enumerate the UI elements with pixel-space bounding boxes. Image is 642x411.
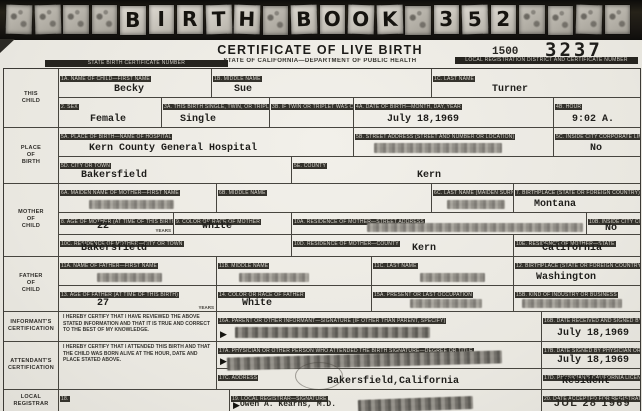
field-12: 12. BIRTHPLACE (STATE OR FOREIGN COUNTRY…: [513, 256, 640, 285]
stamp-tile: 2: [491, 5, 517, 34]
field-4b-value: 9:02 A.: [554, 114, 614, 125]
stamp-tile: O: [348, 5, 374, 35]
field-16a-label: 16A. PARENT OR OTHER INFORMANT—SIGNATURE…: [218, 318, 446, 324]
field-1c-value: Turner: [432, 84, 528, 95]
field-4b-label: 4B. HOUR: [555, 104, 582, 110]
field-11b-redacted: [239, 273, 309, 282]
field-11a: 11A. NAME OF FATHER—FIRST NAME: [58, 256, 216, 285]
field-17a: 17A. PHYSICIAN OR OTHER PERSON WHO ATTEN…: [216, 341, 541, 368]
field-9-value: White: [174, 221, 232, 232]
field-6c-redacted: [447, 200, 505, 209]
field-19-redacted-signature: [358, 396, 473, 411]
stamp-tile: [92, 5, 118, 34]
stamp-tile: [34, 5, 60, 35]
field-1a: 1A. NAME OF CHILD—FIRST NAME Becky: [58, 69, 211, 97]
field-5b: 5B. STREET ADDRESS (STREET AND NUMBER OR…: [353, 127, 553, 156]
field-5a-label: 5A. PLACE OF BIRTH—NAME OF HOSPITAL: [60, 134, 172, 140]
field-1a-value: Becky: [59, 84, 144, 95]
field-18-label: 18.: [60, 396, 70, 402]
field-12-label: 12. BIRTHPLACE (STATE OR FOREIGN COUNTRY…: [515, 263, 640, 269]
field-4a: 4A. DATE OF BIRTH—MONTH, DAY, YEAR July …: [353, 97, 553, 127]
field-10c: 10C. RESIDENCE OF MOTHER—CITY OR TOWN Ba…: [58, 234, 291, 256]
birth-book-stamp-strip: B I R T H B O O K 3 5 2: [0, 0, 642, 40]
field-3a-value: Single: [162, 114, 216, 125]
stamp-tile: I: [149, 5, 175, 34]
field-15b: 15B. KIND OF INDUSTRY OR BUSINESS: [513, 285, 640, 311]
field-13-unit: YEARS: [198, 305, 214, 310]
stamp-tile: [576, 5, 602, 35]
field-3b: 3B. IF TWIN OR TRIPLET WAS CHILD BORN 1S…: [269, 97, 353, 127]
field-6c-label: 6C. LAST NAME (MAIDEN SURNAME): [433, 190, 513, 196]
field-7-label: 7. BIRTHPLACE (STATE OR FOREIGN COUNTRY): [515, 190, 640, 196]
stamp-tile: O: [320, 5, 346, 34]
field-16b: 16B. DATE RECEIVED AND SIGNED BY INFORMA…: [541, 311, 640, 341]
stamp-tile: [263, 6, 289, 35]
field-10e: 10E. RESIDENCE OF MOTHER—STATE Californi…: [513, 234, 640, 256]
field-11a-redacted: [97, 273, 162, 282]
stamp-tile: [519, 5, 545, 34]
section-place-of-birth: PLACE OF BIRTH: [4, 127, 58, 183]
field-1c-label: 1C. LAST NAME: [433, 76, 475, 82]
stamp-tile: [405, 6, 431, 35]
field-16a-redacted-signature: [235, 327, 430, 338]
field-8-unit: YEARS: [155, 228, 171, 233]
torn-edge: [0, 39, 15, 53]
field-5c: 5C. INSIDE CITY CORPORATE LIMITS (SPECIF…: [553, 127, 640, 156]
field-12-value: Washington: [514, 272, 596, 283]
field-17b-value: July 18,1969: [542, 355, 629, 366]
signature-arrow-icon: ▶: [220, 357, 227, 366]
date-accepted-stamp: JUL 28 1969: [554, 397, 631, 409]
document-title: CERTIFICATE OF LIVE BIRTH: [150, 43, 490, 57]
certificate-form: THIS CHILD PLACE OF BIRTH MOTHER OF CHIL…: [3, 68, 641, 411]
district-number: 1500: [492, 46, 518, 58]
field-16a: 16A. PARENT OR OTHER INFORMANT—SIGNATURE…: [216, 311, 541, 341]
field-1c: 1C. LAST NAME Turner: [431, 69, 640, 97]
field-11c-label: 11C. LAST NAME: [373, 263, 418, 269]
field-6a: 6A. MAIDEN NAME OF MOTHER—FIRST NAME: [58, 183, 216, 212]
field-11c: 11C. LAST NAME: [371, 256, 513, 285]
signature-arrow-icon: ▶: [220, 330, 227, 339]
field-10d: 10D. RESIDENCE OF MOTHER—COUNTY Kern: [291, 234, 513, 256]
field-2-label: 2. SEX: [60, 104, 79, 110]
field-19: 19. LOCAL REGISTRAR—SIGNATURE ▶ Owen A. …: [229, 389, 541, 411]
stamp-tile: 5: [462, 5, 488, 35]
field-17d: 17D. PHYSICIAN'S CALIFORNIA LICENSE NUMB…: [541, 368, 640, 389]
field-15b-label: 15B. KIND OF INDUSTRY OR BUSINESS: [515, 292, 618, 298]
field-14-value: White: [217, 298, 272, 309]
field-2-value: Female: [59, 114, 126, 125]
field-5c-label: 5C. INSIDE CITY CORPORATE LIMITS (SPECIF…: [555, 134, 640, 140]
stamp-tile: 3: [434, 5, 460, 34]
field-1a-label: 1A. NAME OF CHILD—FIRST NAME: [60, 76, 151, 82]
stamp-tile: R: [177, 5, 203, 34]
section-father-of-child: FATHER OF CHILD: [4, 256, 58, 311]
field-17c-value: Bakersfield,California: [217, 376, 459, 387]
field-17b-label: 17B. DATE SIGNED BY PHYSICIAN OR OTHER A…: [543, 348, 640, 354]
field-5a: 5A. PLACE OF BIRTH—NAME OF HOSPITAL Kern…: [58, 127, 353, 156]
field-11b: 11B. MIDDLE NAME: [216, 256, 371, 285]
field-5d-label: 5D. CITY OR TOWN: [60, 163, 111, 169]
field-10b-value: No: [587, 223, 617, 234]
field-7: 7. BIRTHPLACE (STATE OR FOREIGN COUNTRY)…: [513, 183, 640, 212]
field-5c-value: No: [554, 143, 602, 154]
stamp-tile: T: [205, 5, 231, 35]
signature-arrow-icon: ▶: [233, 401, 240, 410]
field-9: 9. COLOR OR RACE OF MOTHER White: [173, 212, 291, 234]
field-4b: 4B. HOUR 9:02 A.: [553, 97, 640, 127]
field-6a-label: 6A. MAIDEN NAME OF MOTHER—FIRST NAME: [60, 190, 180, 196]
field-5e: 5E. COUNTY Kern: [291, 156, 640, 183]
field-14: 14. COLOR OR RACE OF FATHER White: [216, 285, 371, 311]
field-13: 13. AGE OF FATHER (AT TIME OF THIS BIRTH…: [58, 285, 216, 311]
field-6b: 6B. MIDDLE NAME: [216, 183, 431, 212]
section-informants-certification: INFORMANT'S CERTIFICATION: [4, 311, 58, 341]
field-3a-label: 3A. THIS BIRTH SINGLE, TWIN, OR TRIPLET: [163, 104, 269, 110]
informant-statement: I hereby certify that I have reviewed th…: [58, 311, 216, 341]
section-local-registrar: LOCAL REGISTRAR: [4, 389, 58, 411]
field-16b-label: 16B. DATE RECEIVED AND SIGNED BY INFORMA…: [543, 318, 640, 324]
state-certificate-number-bar: STATE BIRTH CERTIFICATE NUMBER: [45, 60, 228, 67]
field-11b-label: 11B. MIDDLE NAME: [218, 263, 269, 269]
field-5d: 5D. CITY OR TOWN Bakersfield: [58, 156, 291, 183]
attendant-statement: I hereby certify that I attended this bi…: [58, 341, 216, 389]
field-10d-value: Kern: [292, 243, 436, 254]
field-10e-value: California: [514, 243, 602, 254]
field-5a-value: Kern County General Hospital: [59, 143, 257, 154]
field-15a: 15A. PRESENT OR LAST OCCUPATION: [371, 285, 513, 311]
field-4a-label: 4A. DATE OF BIRTH—MONTH, DAY, YEAR: [355, 104, 462, 110]
field-15b-redacted: [522, 299, 622, 308]
certificate-number: 3237: [545, 39, 603, 61]
field-1b-value: Sue: [212, 84, 252, 95]
field-1b: 1B. MIDDLE NAME Sue: [211, 69, 431, 97]
field-11a-label: 11A. NAME OF FATHER—FIRST NAME: [60, 263, 158, 269]
field-2: 2. SEX Female: [58, 97, 161, 127]
field-8-value: 22: [59, 221, 109, 232]
section-attendants-certification: ATTENDANT'S CERTIFICATION: [4, 341, 58, 389]
field-5e-value: Kern: [292, 170, 441, 181]
field-5e-label: 5E. COUNTY: [293, 163, 327, 169]
stamp-tile: [605, 5, 631, 34]
registrar-printed-name: Owen A. Kearns, M.D.: [240, 400, 336, 409]
field-5d-value: Bakersfield: [59, 170, 147, 181]
section-mother-of-child: MOTHER OF CHILD: [4, 183, 58, 256]
field-10b: 10B. INSIDE CITY CORPORATE LIMITS (SPECI…: [586, 212, 640, 234]
field-6c: 6C. LAST NAME (MAIDEN SURNAME): [431, 183, 513, 212]
stamp-tile: H: [234, 5, 260, 35]
stamp-tile: B: [291, 5, 317, 35]
field-10c-value: Bakersfield: [59, 243, 147, 254]
field-6b-label: 6B. MIDDLE NAME: [218, 190, 267, 196]
field-15a-redacted: [410, 299, 482, 308]
field-4a-value: July 18,1969: [354, 114, 459, 125]
field-5b-label: 5B. STREET ADDRESS (STREET AND NUMBER OR…: [355, 134, 515, 140]
field-17b: 17B. DATE SIGNED BY PHYSICIAN OR OTHER A…: [541, 341, 640, 368]
field-13-value: 27: [59, 298, 109, 309]
field-20: 20. DATE ACCEPTED FOR REGISTRATION BY LO…: [541, 389, 640, 411]
field-8: 8. AGE OF MOTHER (AT TIME OF THIS BIRTH)…: [58, 212, 173, 234]
field-3b-label: 3B. IF TWIN OR TRIPLET WAS CHILD BORN 1S…: [271, 104, 353, 110]
field-11c-redacted: [420, 273, 485, 282]
section-this-child: THIS CHILD: [4, 69, 58, 127]
field-1b-label: 1B. MIDDLE NAME: [213, 76, 262, 82]
stamp-tile: B: [120, 6, 146, 35]
field-16b-value: July 18,1969: [542, 328, 629, 339]
stamp-tile: K: [376, 5, 402, 35]
birth-certificate-scan: B I R T H B O O K 3 5 2 CERTIFICATE OF L…: [0, 0, 642, 411]
field-17c: 17C. ADDRESS Bakersfield,California: [216, 368, 541, 389]
field-15a-label: 15A. PRESENT OR LAST OCCUPATION: [373, 292, 473, 298]
field-3a: 3A. THIS BIRTH SINGLE, TWIN, OR TRIPLET …: [161, 97, 269, 127]
stamp-tile: [548, 6, 574, 35]
field-18: 18.: [58, 389, 229, 411]
field-7-value: Montana: [514, 199, 576, 210]
field-10a: 10A. RESIDENCE OF MOTHER—STREET ADDRESS: [291, 212, 586, 234]
stamp-tile: [6, 5, 32, 35]
stamp-tile: [63, 5, 89, 34]
field-10a-redacted: [367, 223, 583, 232]
field-6a-redacted: [89, 200, 174, 209]
field-17d-value: Resident: [542, 376, 610, 387]
field-5b-redacted: [374, 143, 502, 153]
